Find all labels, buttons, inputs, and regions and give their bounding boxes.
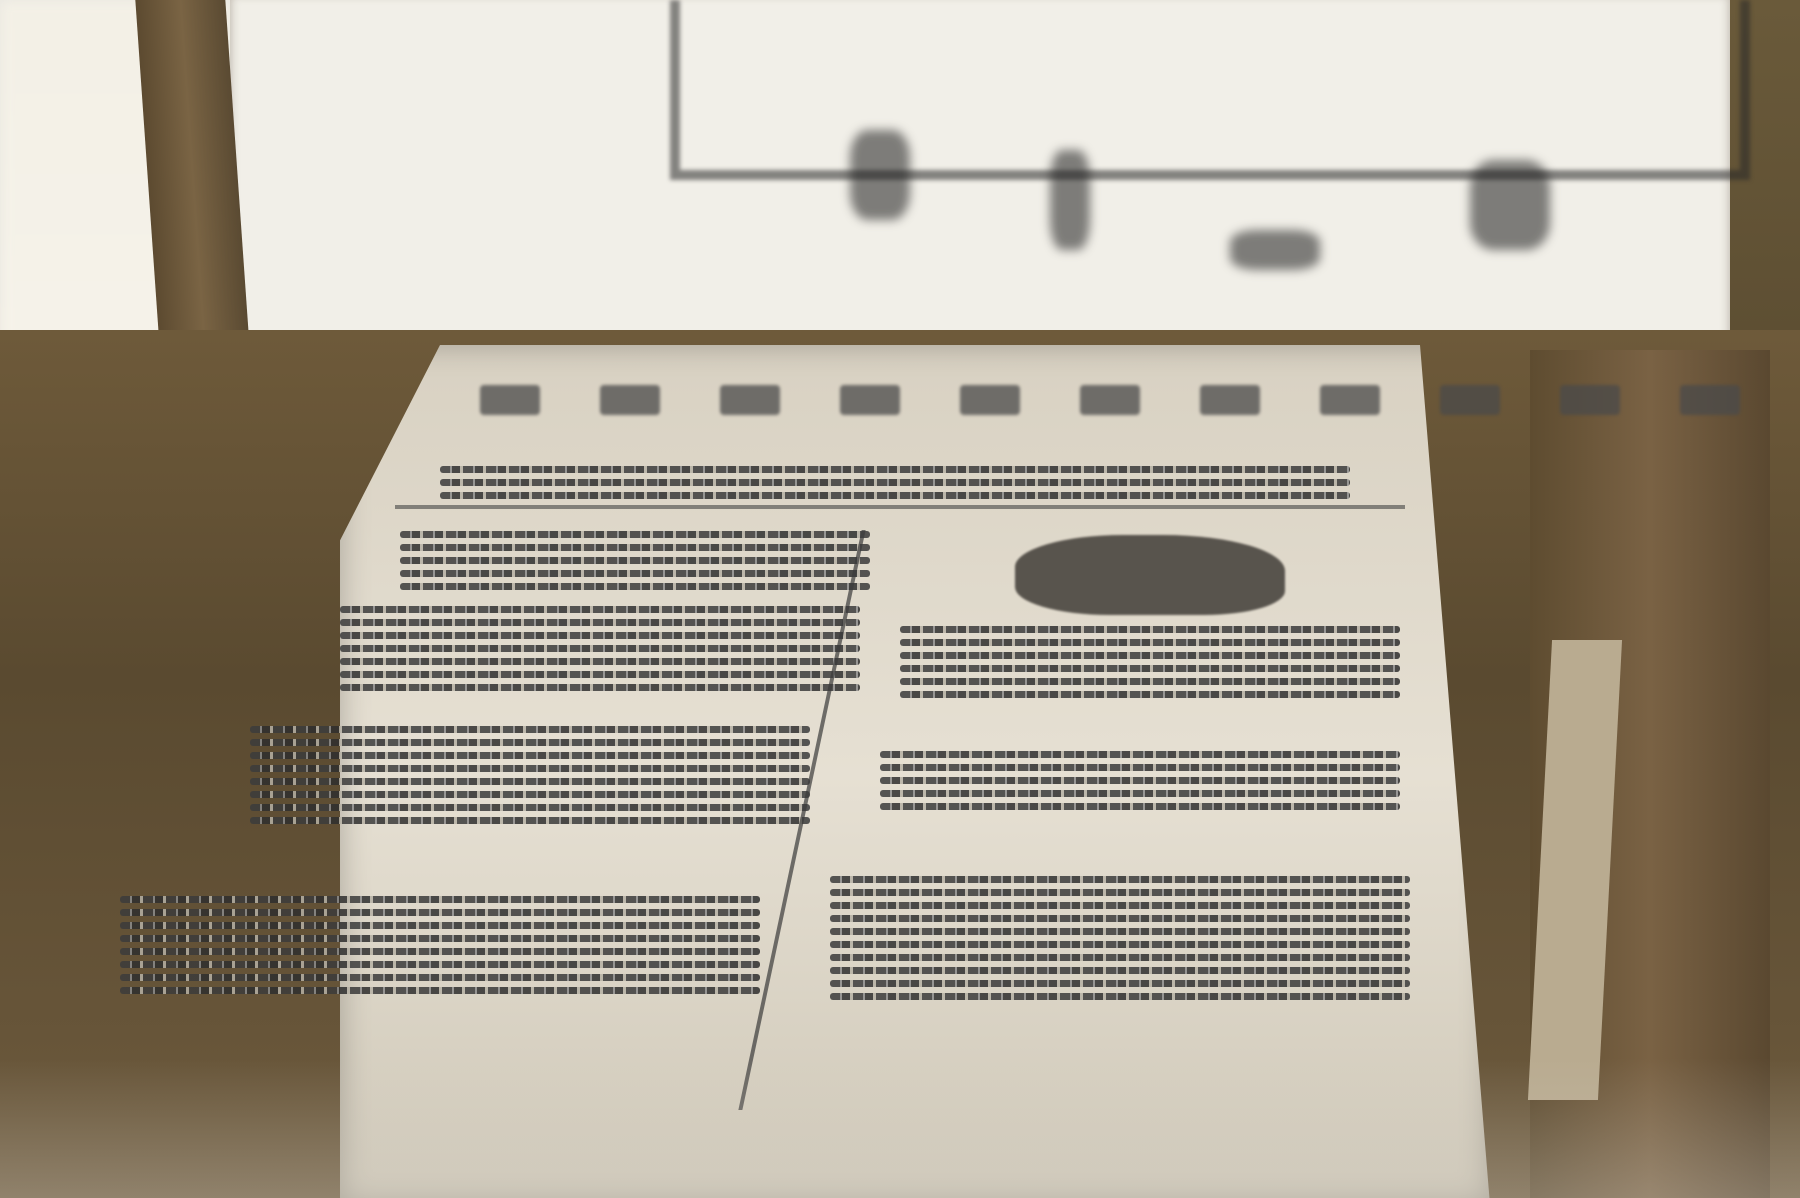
subhead-type	[440, 460, 1350, 505]
ink-smudge	[850, 130, 910, 220]
ink-smudge	[1470, 160, 1550, 250]
left-column-top	[400, 525, 870, 596]
photo-scene	[0, 0, 1800, 1198]
right-column-mid	[880, 745, 1400, 816]
ink-impression-frame	[670, 0, 1750, 180]
headline-type	[480, 385, 1740, 415]
heraldic-emblem	[1015, 535, 1285, 615]
horizontal-rule	[395, 505, 1405, 509]
ink-smudge	[1230, 230, 1320, 270]
right-column-top	[900, 620, 1400, 704]
left-column-bottom	[120, 890, 760, 1000]
left-column-lower	[250, 720, 810, 830]
foreground-blur	[0, 1058, 1800, 1198]
tympan-board	[230, 0, 1730, 350]
ink-smudge	[1050, 150, 1090, 250]
left-column-mid	[340, 600, 860, 697]
right-column-bottom	[830, 870, 1410, 1006]
